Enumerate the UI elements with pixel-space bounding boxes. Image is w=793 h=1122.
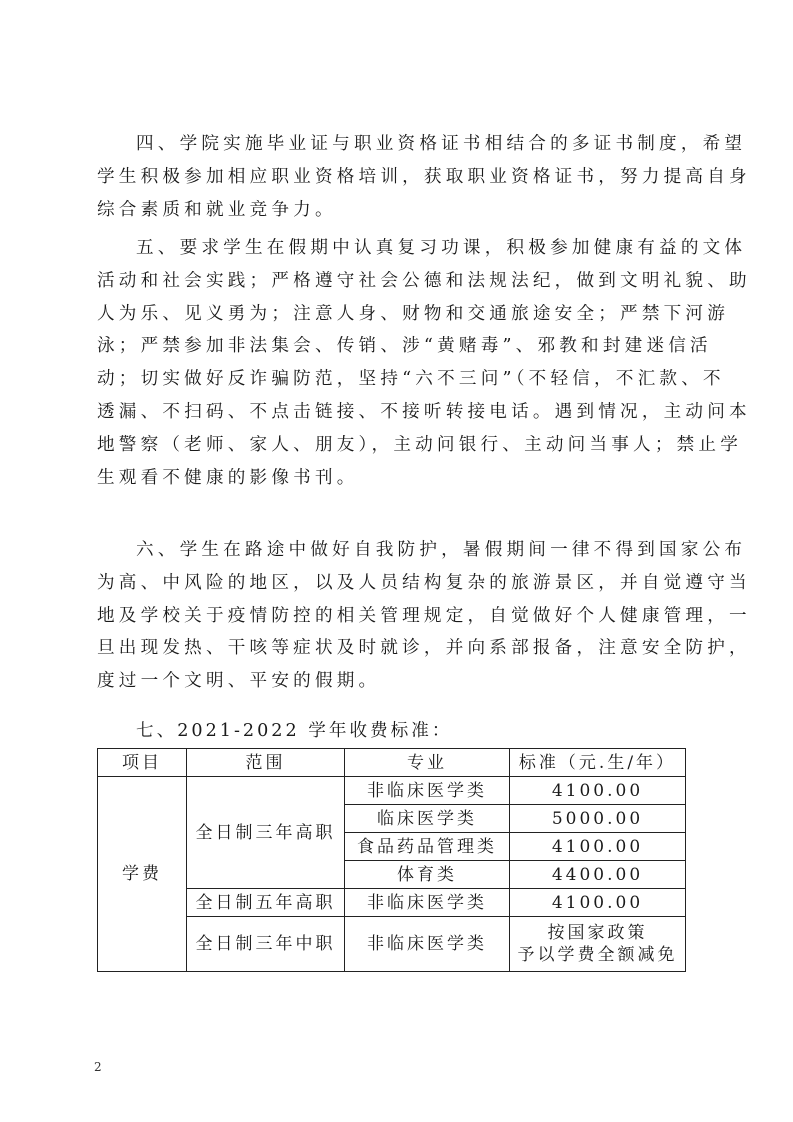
fee-note-line: 按国家政策: [510, 922, 685, 944]
cell-fee: 按国家政策 予以学费全额减免: [510, 917, 686, 972]
text-line: 地及学校关于疫情防控的相关管理规定，自觉做好个人健康管理，一: [97, 600, 687, 633]
header-fee-standard: 标准（元.生/年）: [510, 749, 686, 777]
table-row: 全日制三年中职 非临床医学类 按国家政策 予以学费全额减免: [98, 917, 686, 972]
page-number: 2: [94, 1060, 102, 1074]
cell-fee: 4100.00: [510, 833, 686, 861]
header-item: 项目: [98, 749, 187, 777]
cell-major: 非临床医学类: [345, 777, 510, 805]
cell-fee: 5000.00: [510, 805, 686, 833]
text-line: 综合素质和就业竞争力。: [97, 194, 687, 227]
cell-major: 体育类: [345, 861, 510, 889]
table-header-row: 项目 范围 专业 标准（元.生/年）: [98, 749, 686, 777]
cell-major: 临床医学类: [345, 805, 510, 833]
text-line: 透漏、不扫码、不点击链接、不接听转接电话。遇到情况，主动问本: [97, 396, 687, 429]
header-scope: 范围: [187, 749, 345, 777]
table-row: 全日制五年高职 非临床医学类 4100.00: [98, 889, 686, 917]
fee-section-title: 七、2021-2022 学年收费标准：: [136, 718, 452, 744]
text-line: 学生积极参加相应职业资格培训，获取职业资格证书，努力提高自身: [97, 161, 687, 194]
cell-scope: 全日制五年高职: [187, 889, 345, 917]
fee-table: 项目 范围 专业 标准（元.生/年） 学费 全日制三年高职 非临床医学类 410…: [97, 748, 686, 972]
text-line: 六、学生在路途中做好自我防护，暑假期间一律不得到国家公布: [97, 534, 687, 567]
cell-fee: 4400.00: [510, 861, 686, 889]
text-line: 度过一个文明、平安的假期。: [97, 665, 687, 698]
cell-item-tuition: 学费: [98, 777, 187, 972]
cell-fee: 4100.00: [510, 777, 686, 805]
text-line: 旦出现发热、干咳等症状及时就诊，并向系部报备，注意安全防护，: [97, 632, 687, 665]
paragraph-section-6: 六、学生在路途中做好自我防护，暑假期间一律不得到国家公布 为高、中风险的地区，以…: [97, 534, 687, 698]
text-line: 活动和社会实践；严格遵守社会公德和法规法纪，做到文明礼貌、助: [97, 265, 687, 298]
text-line: 五、要求学生在假期中认真复习功课，积极参加健康有益的文体: [97, 232, 687, 265]
text-line: 地警察（老师、家人、朋友），主动问银行、主动问当事人；禁止学: [97, 429, 687, 462]
paragraph-section-5: 五、要求学生在假期中认真复习功课，积极参加健康有益的文体 活动和社会实践；严格遵…: [97, 232, 687, 494]
text-line: 人为乐、见义勇为；注意人身、财物和交通旅途安全；严禁下河游: [97, 298, 687, 331]
cell-scope: 全日制三年高职: [187, 777, 345, 889]
fee-note-line: 予以学费全额减免: [510, 944, 685, 966]
text-line: 泳；严禁参加非法集会、传销、涉“黄赌毒”、邪教和封建迷信活: [97, 330, 687, 363]
text-line: 生观看不健康的影像书刊。: [97, 462, 687, 495]
cell-major: 非临床医学类: [345, 889, 510, 917]
paragraph-section-4: 四、学院实施毕业证与职业资格证书相结合的多证书制度，希望 学生积极参加相应职业资…: [97, 128, 687, 226]
text-line: 动；切实做好反诈骗防范，坚持“六不三问”（不轻信，不汇款、不: [97, 363, 687, 396]
header-major: 专业: [345, 749, 510, 777]
table-row: 学费 全日制三年高职 非临床医学类 4100.00: [98, 777, 686, 805]
cell-major: 非临床医学类: [345, 917, 510, 972]
cell-fee: 4100.00: [510, 889, 686, 917]
cell-scope: 全日制三年中职: [187, 917, 345, 972]
text-line: 四、学院实施毕业证与职业资格证书相结合的多证书制度，希望: [97, 128, 687, 161]
text-line: 为高、中风险的地区，以及人员结构复杂的旅游景区，并自觉遵守当: [97, 567, 687, 600]
cell-major: 食品药品管理类: [345, 833, 510, 861]
